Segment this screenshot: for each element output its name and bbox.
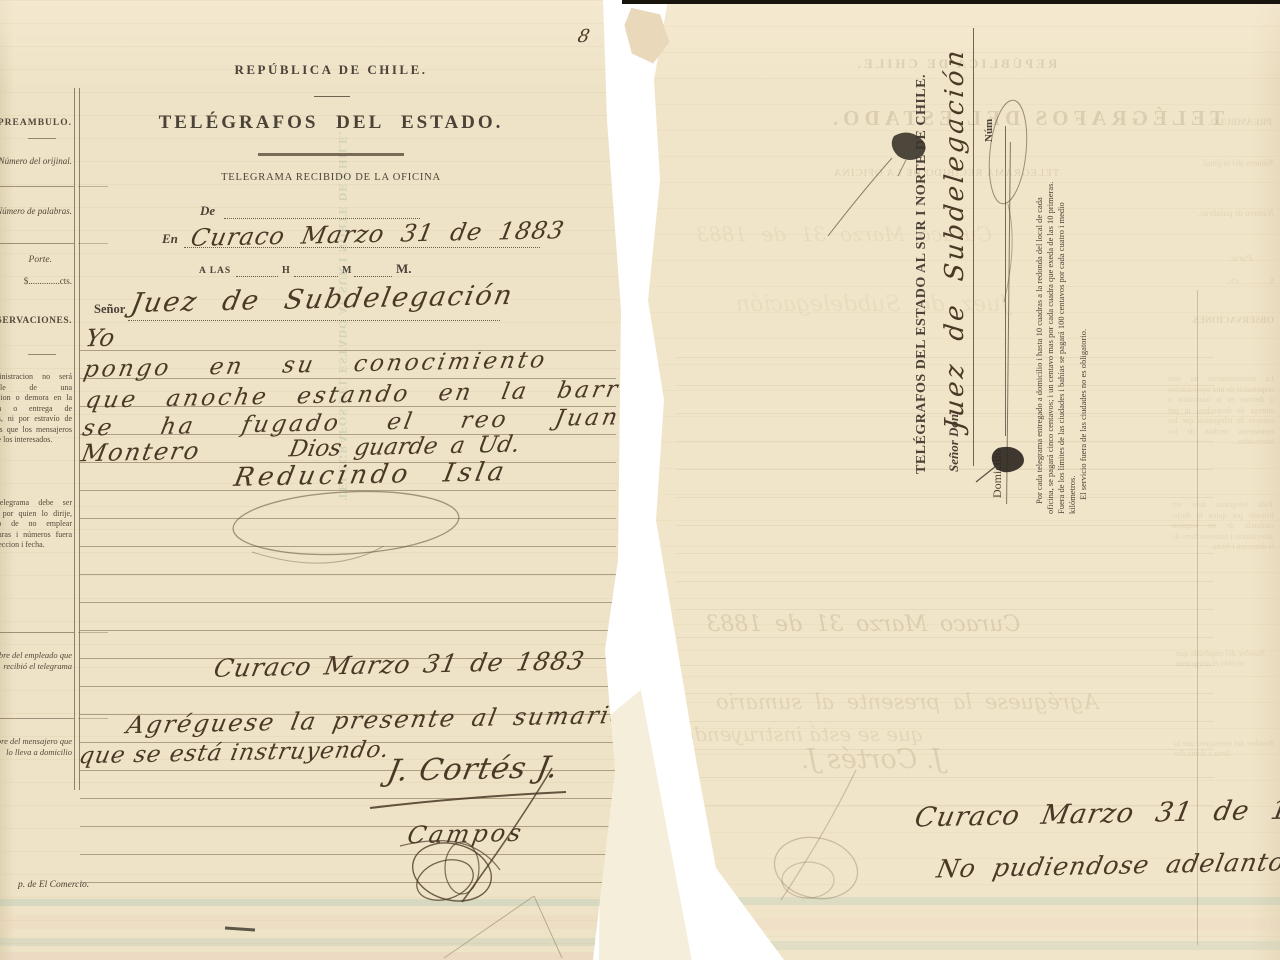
right-page-ink-strokes <box>616 0 1280 960</box>
left-page-ink-strokes <box>0 0 624 960</box>
right-page: REPÚBLICA DE CHILE. TELÉGRAFOS DEL ESTAD… <box>616 0 1280 960</box>
scanned-document: { "document_title": "Telegrama – Telégra… <box>0 0 1280 960</box>
scanner-edge-strip <box>622 0 1280 4</box>
left-page: TELÉGRAFOS DEL ESTADO AL SUR I NORTE DE … <box>0 0 624 960</box>
